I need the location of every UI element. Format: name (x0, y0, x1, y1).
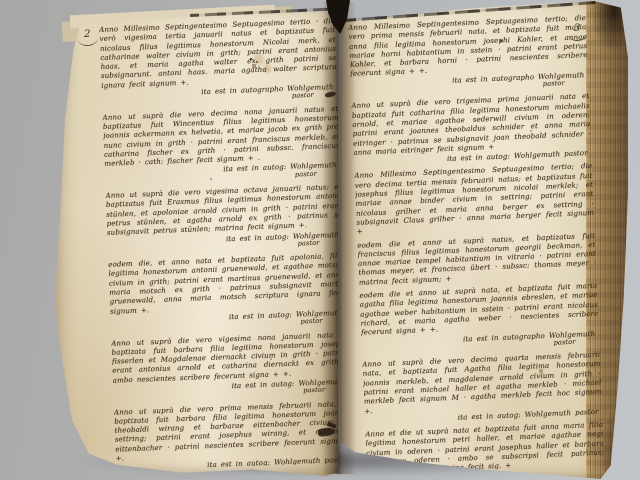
register-entry: Anno ut suprà die vero decima quarta men… (362, 350, 603, 426)
register-entry: Anno Millesimo Septingentesimo Septuages… (99, 16, 338, 109)
manuscript-photo: 2 Anno Millesimo Septingentesimo Septuag… (0, 0, 640, 480)
entry-text: Anno ut suprà die vero decima nona janua… (102, 104, 340, 169)
entry-text: Anno ut suprà die vero decima quarta men… (362, 350, 602, 415)
entry-text: Anno Millesimo Septingentesimo Septuages… (354, 161, 594, 236)
foxing-specks (500, 40, 502, 42)
register-entry: eodem die et anno ut suprà nata, et bapt… (359, 281, 600, 356)
register-entry: Anno ut suprà die vero decima nona janua… (102, 104, 341, 187)
left-page-text: Anno Millesimo Septingentesimo Septuages… (99, 16, 352, 472)
register-entry: Anno ut suprà die vero vigesima nona jan… (111, 329, 349, 403)
register-entry: eodem die, et anno nata et baptizata fui… (108, 251, 347, 334)
entry-text: Anno Millesimo Septingentesimo Septuages… (99, 16, 337, 90)
entry-text: Anno ut suprà die vero vigesima nona jan… (111, 329, 348, 384)
register-entry: eodem die et anno ut suprà natus, et bap… (357, 230, 597, 286)
register-entry: Anno ut suprà die vero vigesima octava j… (105, 182, 343, 256)
entry-text: Anno Millesimo Septingentesimo Septuages… (348, 13, 588, 78)
left-page: 2 Anno Millesimo Septingentesimo Septuag… (55, 8, 338, 476)
entry-text: Anno ut suprà die vero trigesima prima j… (351, 91, 591, 156)
register-entry: Anno ut suprà die vero prima mensis febr… (114, 398, 352, 471)
entry-text: eodem die et anno ut suprà nata, et bapt… (359, 281, 598, 337)
page-number-flourish (78, 36, 99, 47)
right-page-text: Anno Millesimo Septingentesimo Septuages… (348, 13, 605, 475)
entry-text: eodem die et anno ut suprà natus, et bap… (357, 230, 596, 286)
right-page: 3 Anno Millesimo Septingentesimo Septuag… (338, 0, 628, 480)
gutter-shadow (322, 2, 356, 474)
register-entry: Anno Millesimo Septingentesimo Septuages… (354, 161, 595, 236)
edge-stain (590, 0, 630, 54)
foxing-specks (250, 58, 252, 60)
register-entry: Anno Millesimo Septingentesimo Septuages… (348, 13, 589, 97)
entry-text: eodem die, et anno nata et baptizata fui… (108, 251, 346, 316)
entry-text: Anno ut suprà die vero prima mensis febr… (114, 398, 352, 463)
register-entry: Anno ut suprà die vero trigesima prima j… (351, 91, 592, 167)
entry-text: Anno ut suprà die vero vigesima octava j… (105, 182, 342, 237)
